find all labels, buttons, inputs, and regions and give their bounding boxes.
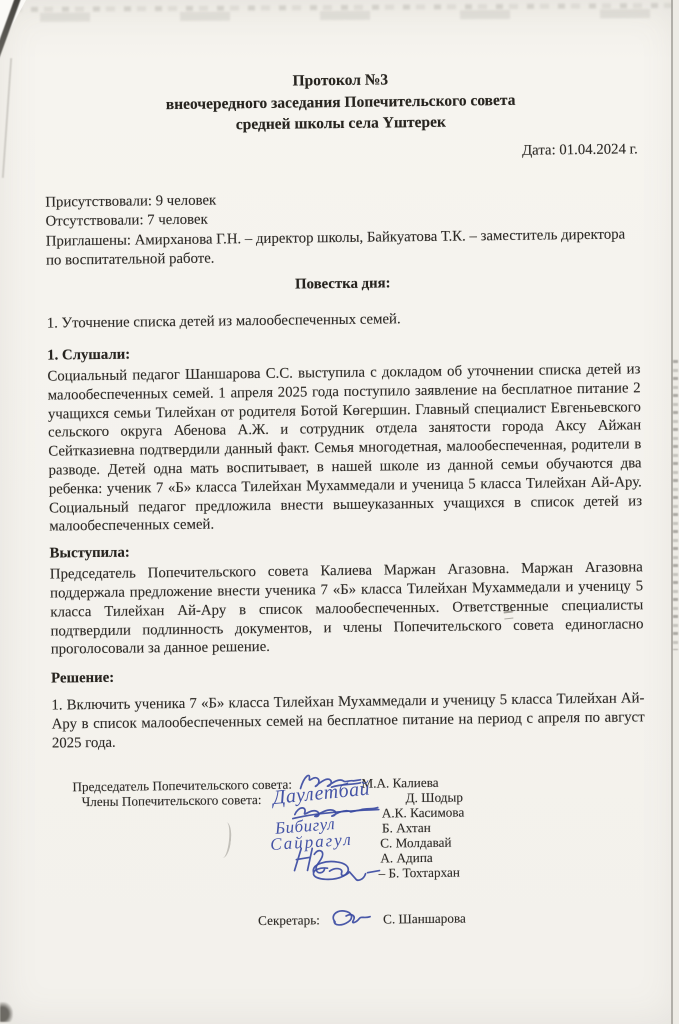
document-title: Протокол №3 внеочередного заседания Попе… (44, 66, 638, 138)
agenda-heading: Повестка дня: (46, 271, 639, 298)
signature-row-secretary: Секретарь: С. Шаншарова (54, 908, 647, 930)
secretary-label: Секретарь: (258, 912, 320, 928)
bottom-left-smudge (0, 1002, 13, 1022)
signature-ink-tokhtarkhan (303, 856, 383, 887)
signee-name-adipa: А. Адипа (380, 849, 433, 865)
signee-name-akhtan: Б. Ахтан (382, 819, 431, 835)
attendance-block: Присутствовали: 9 человек Отсутствовали:… (45, 186, 639, 271)
signee-name-shansharova: С. Шаншарова (383, 910, 466, 926)
signature-block: Председатель Попечительского совета: М.А… (52, 772, 647, 930)
invited-line: Приглашены: Амирханова Г.Н. – директор ш… (46, 225, 639, 271)
signee-name-shodyr: Д. Шодыр (406, 789, 463, 805)
signee-name-kasimova: А.К. Касимова (382, 804, 465, 820)
date-line: Дата: 01.04.2024 г. (45, 140, 638, 166)
signee-name-moldavai: С. Молдавай (380, 834, 452, 850)
signee-name-tokhtarkhan: – Б. Тохтархан (378, 864, 460, 880)
section-decision-heading: Решение: (51, 662, 644, 688)
signature-ink-shansharova (326, 906, 374, 933)
agenda-item-1: 1. Уточнение списка детей из малообеспеч… (47, 307, 640, 333)
section-decision-body: 1. Включить ученика 7 «Б» класса Тилейха… (51, 689, 645, 753)
signee-name-kalieva: М.А. Калиева (361, 774, 438, 790)
section-heard-body: Социальный педагог Шаншарова С.С. выступ… (47, 360, 642, 536)
section-spoke-body: Председатель Попечительского совета Кали… (50, 558, 644, 659)
scanned-protocol-page: Протокол №3 внеочередного заседания Попе… (0, 0, 679, 1024)
document-content: Протокол №3 внеочередного заседания Попе… (0, 0, 679, 931)
